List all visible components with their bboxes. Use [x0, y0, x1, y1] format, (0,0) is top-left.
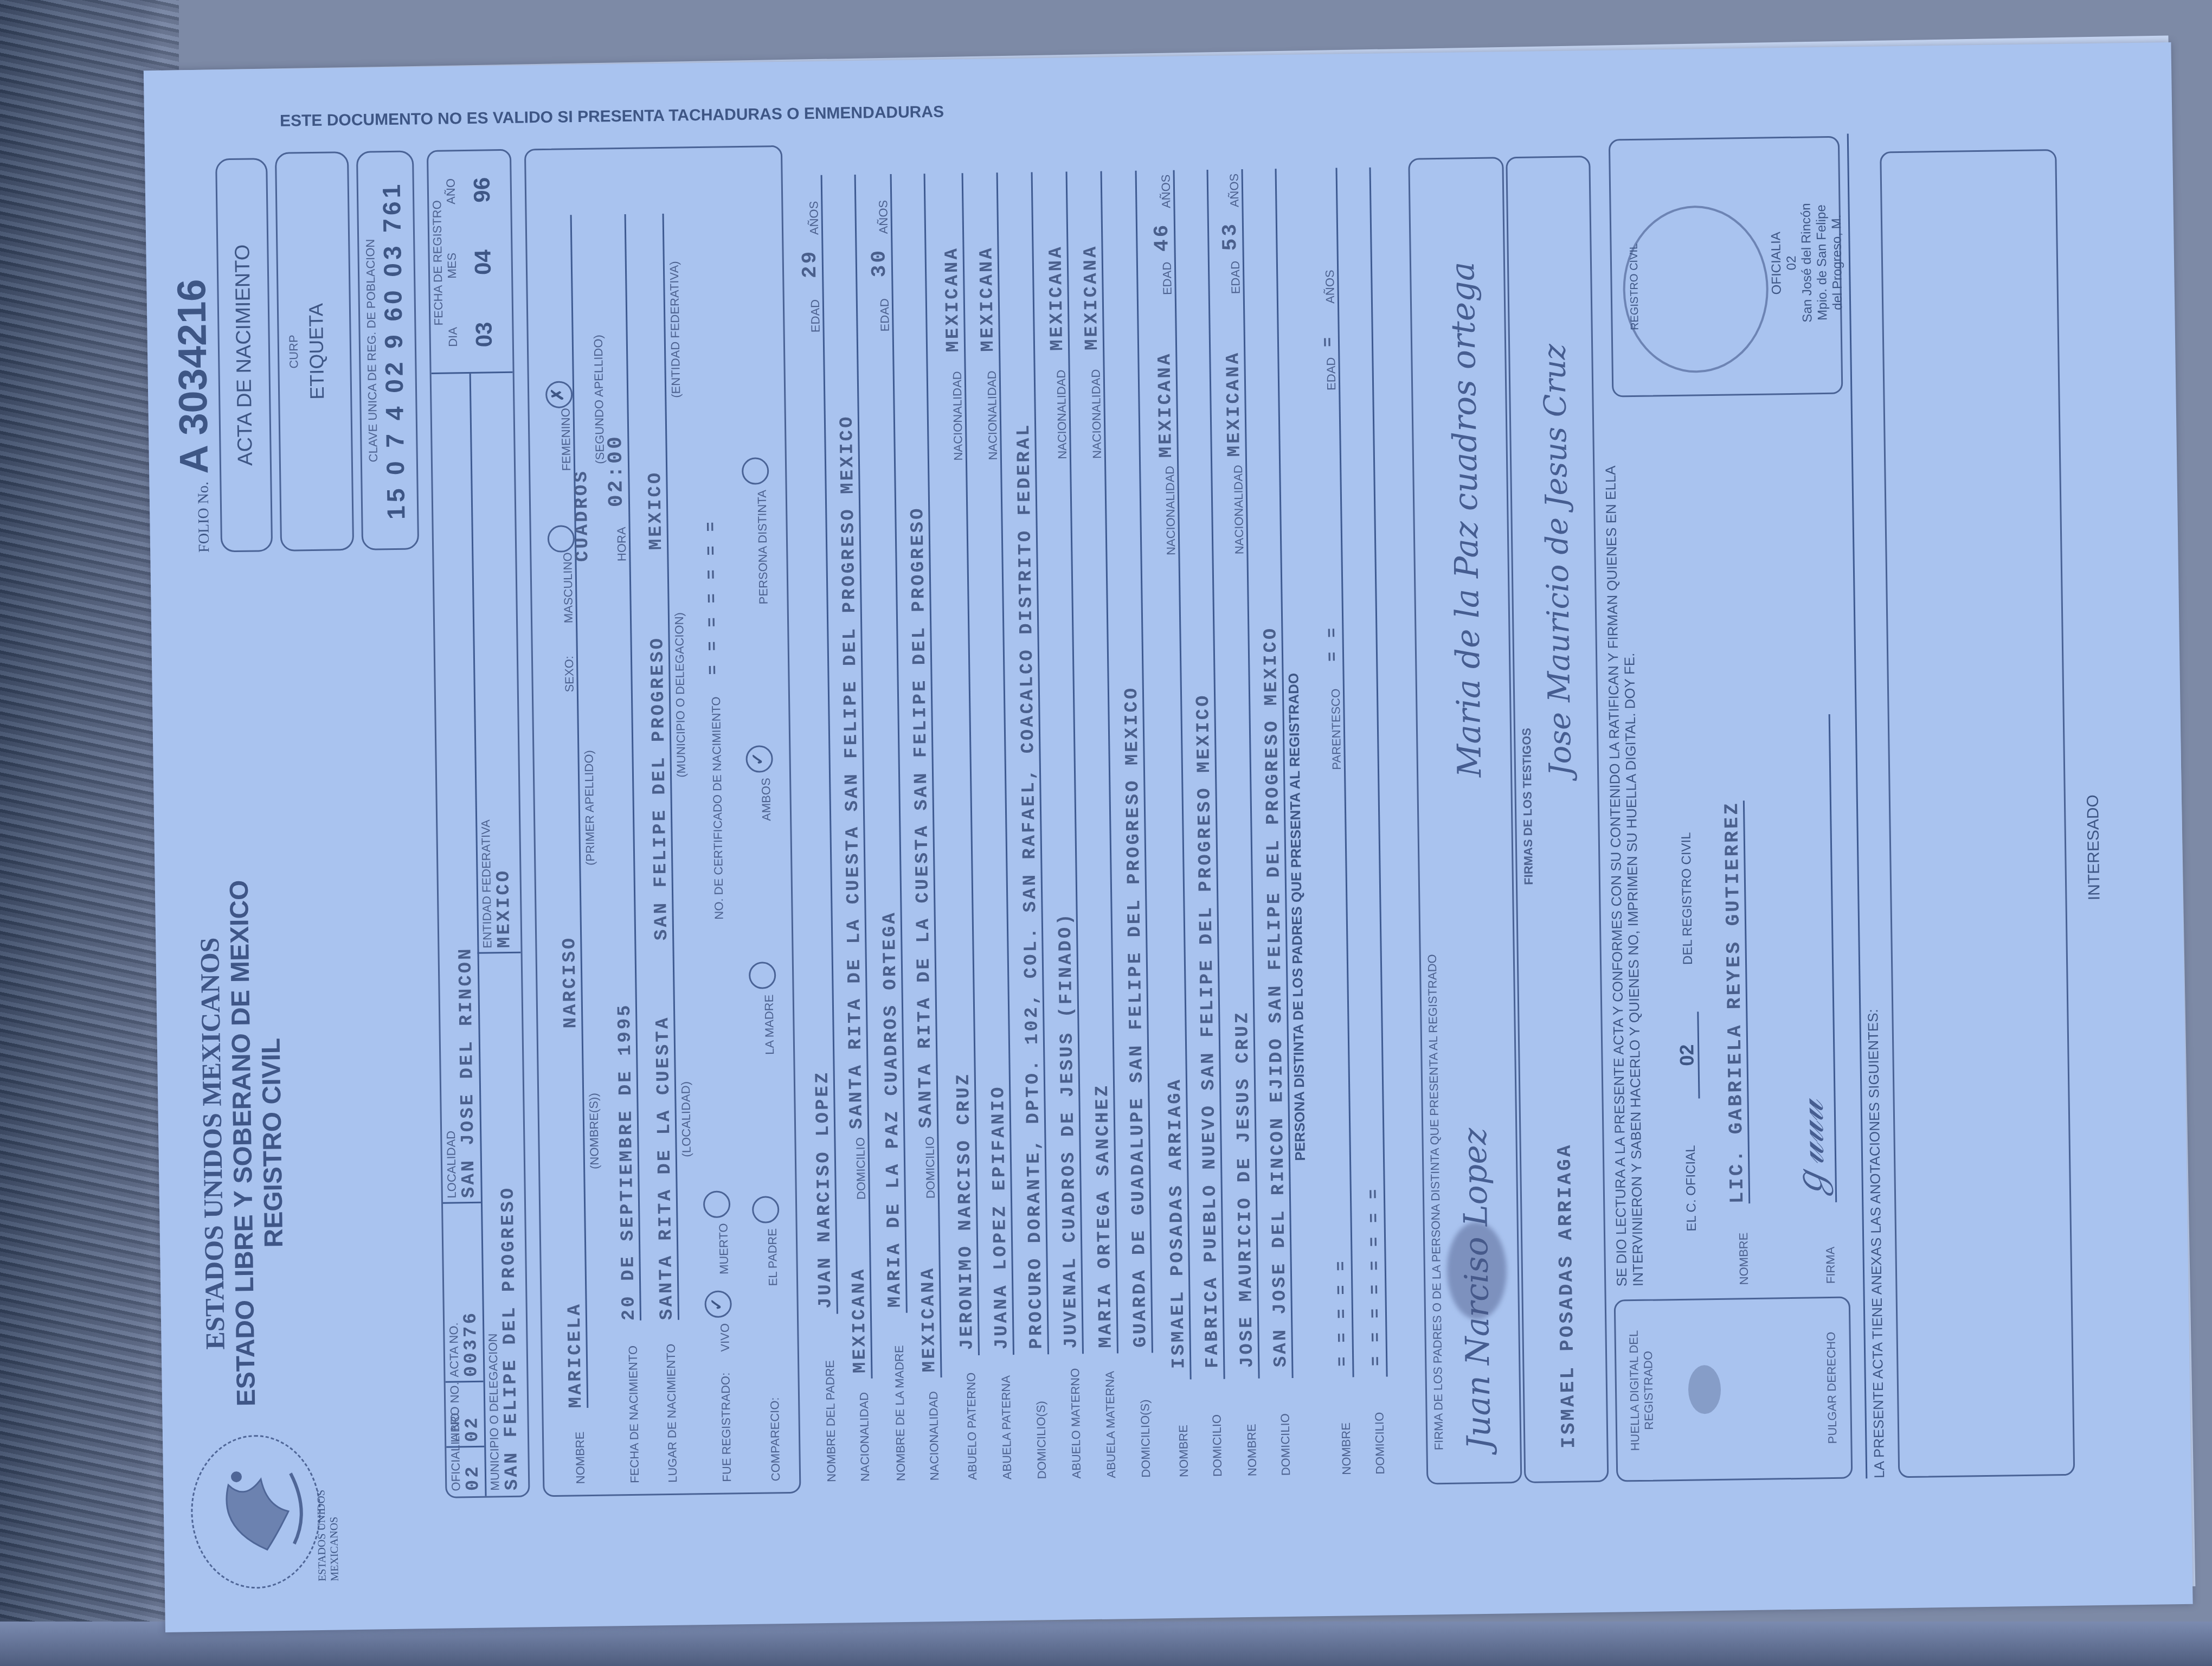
folio-label: FOLIO No. [195, 482, 213, 553]
clave-box: CLAVE UNICA DE REG. DE POBLACION 15 0 7 … [356, 150, 419, 550]
libro-value: 02 [462, 1382, 484, 1443]
registro-mes: 04 [470, 249, 496, 275]
registry-box: OFICIALIA No. 02 LIBRO No. 02 ACTA No. 0… [427, 149, 530, 1498]
annotations-box [1880, 149, 2075, 1478]
stamp-ring-text: REGISTRO CIVIL [1628, 244, 1642, 330]
official-stamp-box: REGISTRO CIVIL OFICIALIA 02 San José del… [1609, 136, 1843, 398]
official-signature: ℊ𝓊𝓊𝓊 [1774, 714, 1837, 1203]
witnesses-section: NOMBRE ISMAEL POSADAS ARRIAGA NACIONALID… [1142, 140, 1422, 1488]
doc-type-box: ACTA DE NACIMIENTO [215, 158, 273, 552]
fecha-registro: FECHA DE REGISTRO DIA MES AÑO 03 04 96 [429, 153, 498, 371]
curp-value: ETIQUETA [303, 153, 331, 550]
registro-dia: 03 [471, 322, 497, 347]
appeared-other-radio [742, 457, 769, 485]
mother-nationality: MEXICANA [917, 1199, 940, 1372]
fingerprint-icon [1688, 1365, 1721, 1414]
sex-female-radio-selected: ✗ [545, 381, 573, 408]
witness-1-age: 46 [1150, 208, 1174, 252]
father-nationality: MEXICANA [848, 1200, 871, 1373]
witnesses-signature-box: FIRMAS DE LOS TESTIGOS ISMAEL POSADAS AR… [1506, 156, 1609, 1483]
localidad-value: SAN JOSE DEL RINCON [455, 946, 479, 1198]
witness-2-signature: Jose Mauricio de Jesus Cruz [1537, 344, 1578, 777]
acta-value: 00376 [461, 1311, 483, 1377]
coat-of-arms-icon: ESTADOS UNIDOS MEXICANOS [184, 1430, 327, 1594]
registrant-second-surname: CUADROS [571, 469, 593, 562]
registrant-section: NOMBRE MARICELA NARCISO SEXO: MASCULINO … [524, 145, 801, 1497]
entidad-value: MEXICO [493, 819, 515, 948]
mother-age: 30 [867, 234, 891, 278]
official-line: EL C. OFICIAL 02 DEL REGISTRO CIVIL [1673, 832, 1701, 1232]
appeared-mother-radio [749, 962, 776, 990]
folio: FOLIO No. A 3034216 [168, 279, 218, 553]
official-name: LIC. GABRIELA REYES GUTIERREZ [1721, 801, 1750, 1204]
registro-anio: 96 [469, 177, 496, 203]
appeared-both-radio-selected: ✓ [745, 745, 773, 773]
folio-number: A 3034216 [169, 279, 216, 474]
fingerprint-box: HUELLA DIGITAL DEL REGISTRADO PULGAR DER… [1614, 1297, 1853, 1482]
birth-place-state: MEXICO [645, 470, 667, 550]
validity-warning: ESTE DOCUMENTO NO ES VALIDO SI PRESENTA … [280, 103, 944, 131]
grandparents-section: ABUELO PATERNO JERONIMO NARCISO CRUZ NAC… [931, 143, 1178, 1491]
parents-signature-box: FIRMA DE LOS PADRES O DE LA PERSONA DIST… [1408, 157, 1522, 1484]
reading-statement: SE DIO LECTURA A LA PRESENTE ACTA Y CONF… [1602, 419, 1646, 1287]
clave-value: 15 0 7 4 02 9 60 03 761 [376, 152, 411, 549]
mother-signature: Maria de la Paz cuadros ortega [1444, 261, 1489, 778]
father-age: 29 [798, 235, 822, 279]
alive-radio-selected: ✓ [704, 1291, 732, 1318]
witness-2-age: 53 [1219, 207, 1243, 251]
dead-radio [703, 1190, 731, 1218]
appeared-father-radio [752, 1196, 780, 1223]
sex-male-radio [548, 525, 575, 553]
official-number: 02 [1675, 1011, 1700, 1099]
seal-caption: ESTADOS UNIDOS MEXICANOS [314, 1429, 342, 1581]
witness-1-signature: ISMAEL POSADAS ARRIAGA [1554, 1143, 1580, 1449]
civil-registry-seal-icon [1622, 204, 1770, 374]
annotations-note: LA PRESENTE ACTA TIENE ANEXAS LAS ANOTAC… [1864, 1009, 1888, 1478]
interested-party-label: INTERESADO [2084, 794, 2104, 900]
birth-time: 02:00 [604, 434, 628, 508]
birth-certificate: ESTADOS UNIDOS MEXICANOS ESTADOS UNIDOS … [144, 42, 2193, 1632]
curp-box: CURP ETIQUETA [275, 151, 354, 552]
thumbprint-smudge [1446, 1221, 1508, 1320]
municipio-value: SAN FELIPE DEL PROGRESO [498, 1186, 523, 1491]
certificate-number: = = = = = = = [702, 520, 723, 675]
